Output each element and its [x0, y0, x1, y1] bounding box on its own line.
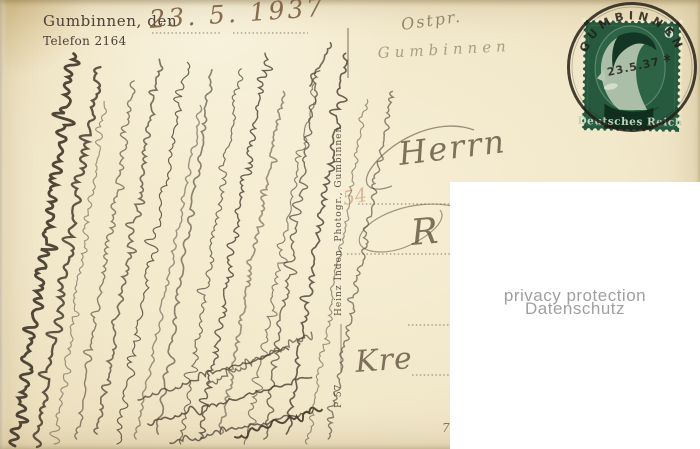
- pencil-note-region: Ostpr.: [400, 7, 463, 34]
- handwritten-date: 23. 5. 1937: [147, 0, 326, 34]
- publisher-credit: Heinz Inden, Photogr., Gumbinnen: [334, 126, 344, 316]
- corner-mark: 7: [442, 421, 450, 435]
- address-salutation: Herrn: [395, 122, 508, 173]
- postcard-back: Gumbinnen, den Telefon 2164 23. 5. 1937 …: [0, 0, 700, 449]
- privacy-overlay: privacy protection Datenschutz: [450, 182, 700, 449]
- privacy-text-de: Datenschutz: [450, 301, 700, 316]
- address-partial-name: R: [408, 211, 440, 254]
- faint-number: 54: [341, 184, 369, 210]
- pencil-note-town: Gumbinnen: [377, 37, 511, 62]
- address-partial-line: Kre: [353, 341, 414, 380]
